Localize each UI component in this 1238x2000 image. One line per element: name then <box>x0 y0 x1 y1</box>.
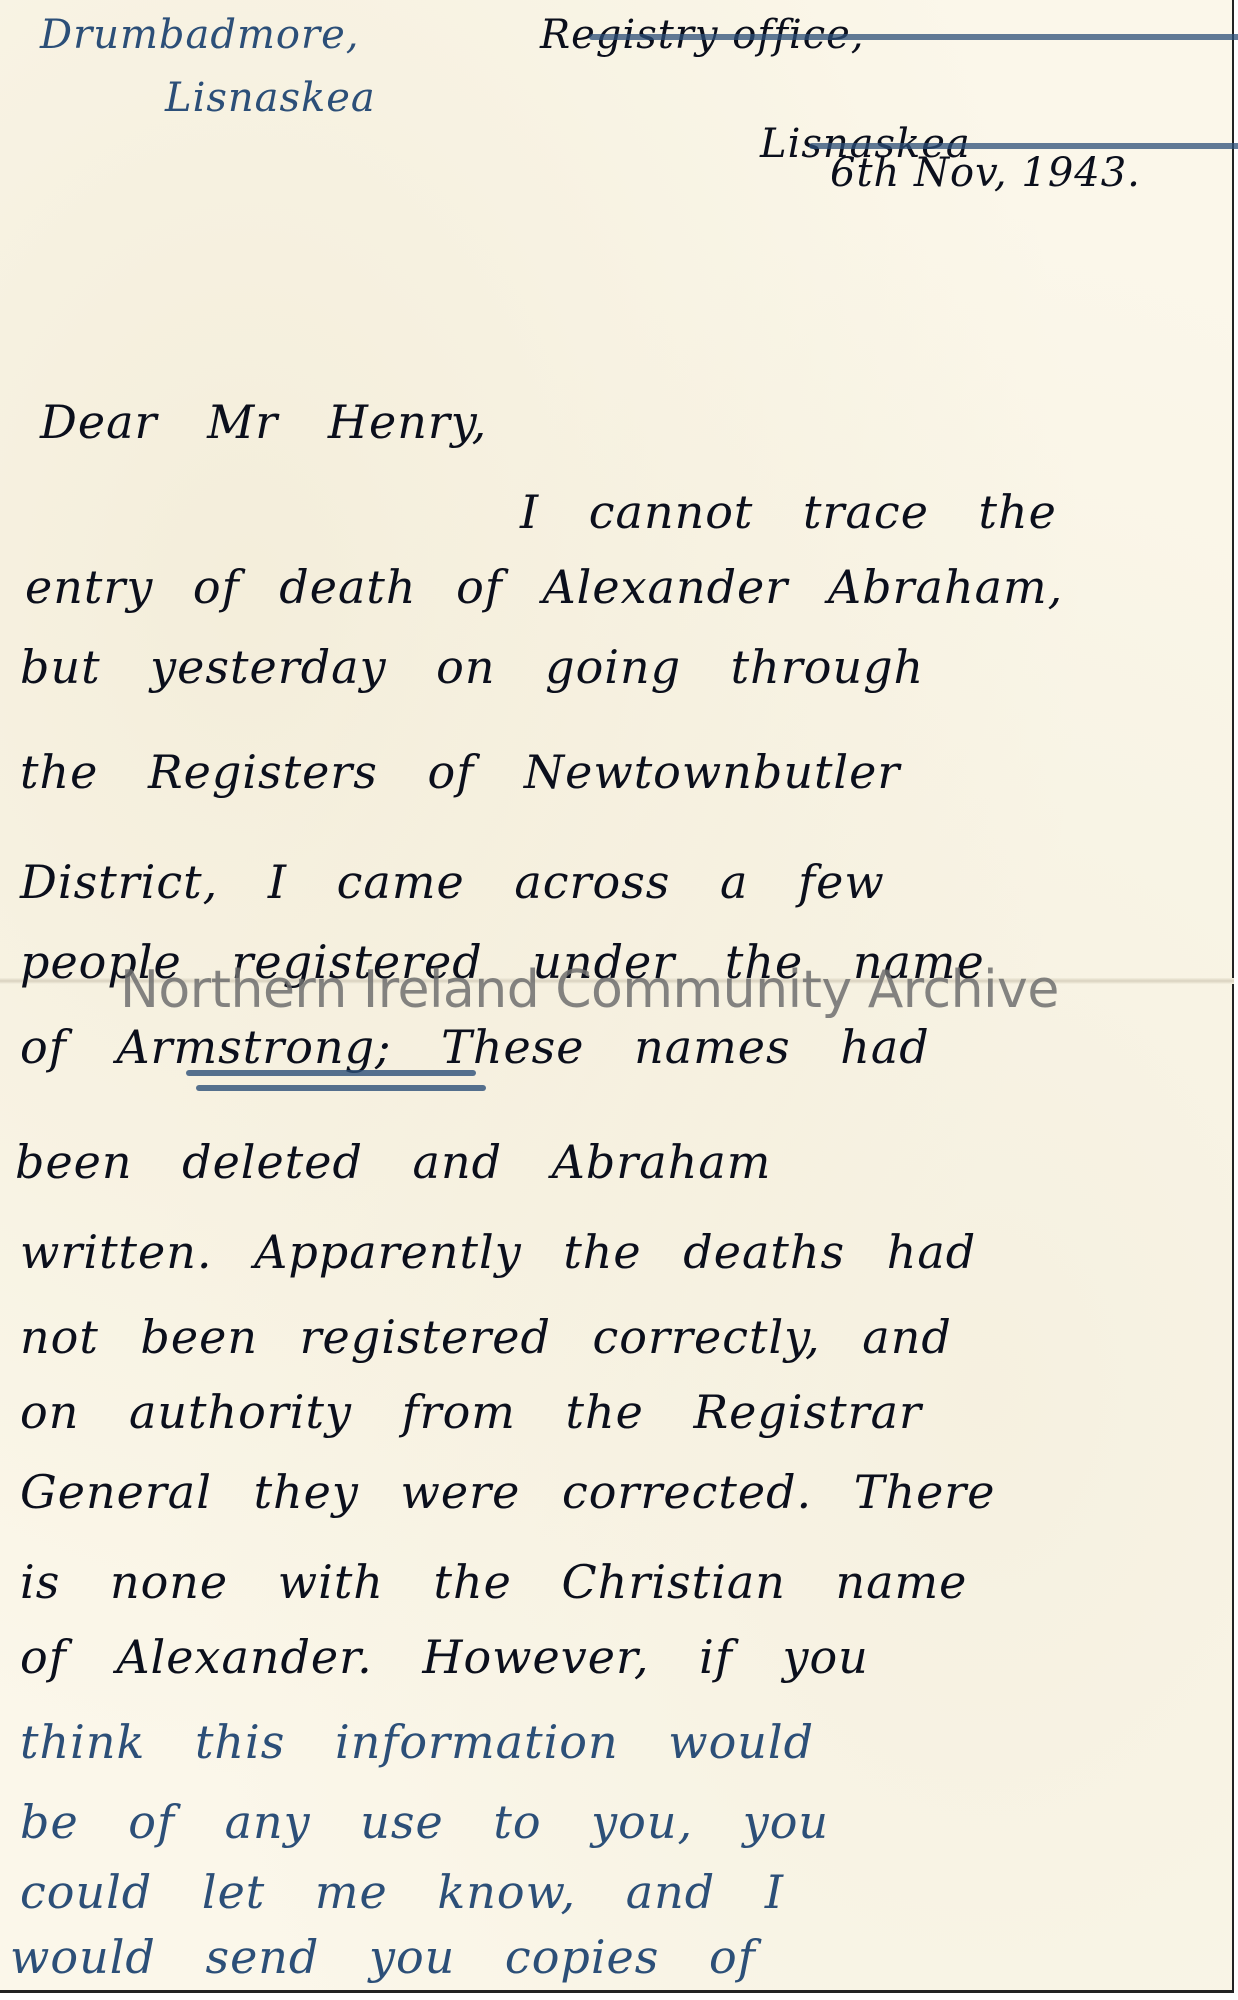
body-line-9: written. Apparently the deaths had <box>20 1225 976 1279</box>
body-line-17: could let me know, and I <box>20 1865 784 1919</box>
body-line-4: the Registers of Newtownbutler <box>20 745 900 799</box>
body-line-7: of Armstrong; These names had <box>20 1020 930 1074</box>
archive-watermark: Northern Ireland Community Archive <box>120 960 1059 1020</box>
body-line-2: entry of death of Alexander Abraham, <box>25 560 1063 614</box>
body-line-5: District, I came across a few <box>20 855 885 909</box>
salutation: Dear Mr Henry, <box>40 395 487 449</box>
body-line-16: be of any use to you, you <box>20 1795 829 1849</box>
body-line-11: on authority from the Registrar <box>20 1385 922 1439</box>
body-line-14: of Alexander. However, if you <box>20 1630 869 1684</box>
body-line-12: General they were corrected. There <box>20 1465 996 1519</box>
sender-address-line-2: Lisnaskea <box>165 75 376 121</box>
sender-address-line-1: Drumbadmore, <box>40 12 359 58</box>
body-line-1: I cannot trace the <box>520 485 1057 539</box>
office-address-line-1: Registry office, <box>540 12 1238 58</box>
body-line-15: think this information would <box>20 1715 814 1769</box>
body-line-8: been deleted and Abraham <box>15 1135 771 1189</box>
letter-page: Drumbadmore, Lisnaskea Registry office, … <box>0 0 1234 1993</box>
body-line-3: but yesterday on going through <box>20 640 924 694</box>
armstrong-underline-1 <box>186 1070 476 1076</box>
body-line-13: is none with the Christian name <box>20 1555 967 1609</box>
letter-date: 6th Nov, 1943. <box>830 150 1141 196</box>
body-line-18: would send you copies of <box>10 1930 756 1984</box>
armstrong-underline-2 <box>196 1085 486 1091</box>
body-line-10: not been registered correctly, and <box>20 1310 952 1364</box>
